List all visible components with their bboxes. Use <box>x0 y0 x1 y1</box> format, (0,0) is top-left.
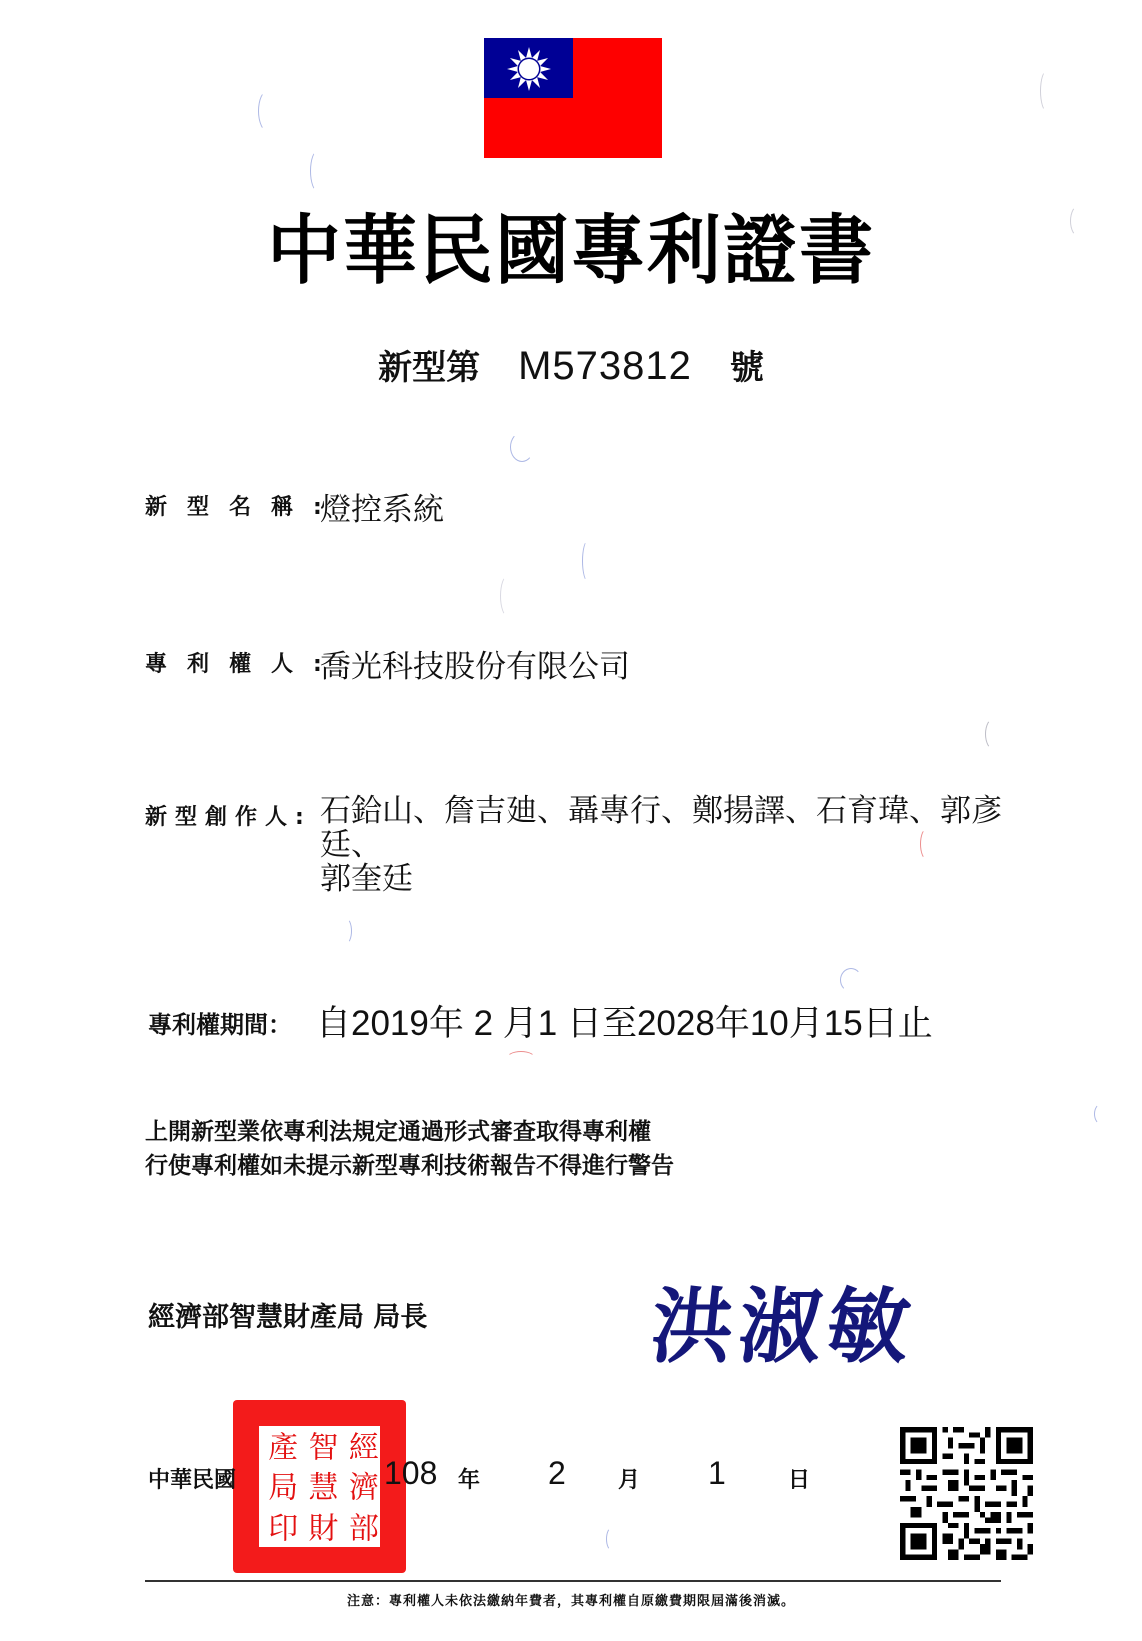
statement-line-2: 行使專利權如未提示新型專利技術報告不得進行警告 <box>145 1149 674 1183</box>
creator-list: 石鉿山、詹吉廸、聶專行、鄭揚譯、石育瑋、郭彥廷、 郭奎廷 <box>320 794 1020 896</box>
date-month: 2 <box>548 1455 566 1492</box>
statement-line-1: 上開新型業依專利法規定通過形式審查取得專利權 <box>145 1115 674 1149</box>
issuing-office: 經濟部智慧財產局 局長 <box>148 1295 427 1334</box>
creator-line-1: 石鉿山、詹吉廸、聶專行、鄭揚譯、石育瑋、郭彥廷、 <box>320 794 1020 862</box>
paper-fiber <box>1094 1103 1110 1125</box>
national-flag <box>484 38 662 158</box>
issue-date: 中華民國 108 年 2 月 1 日 <box>148 1463 236 1494</box>
date-year: 108 <box>384 1455 437 1492</box>
seal-char: 部 <box>340 1507 380 1547</box>
name-label: 新型名稱: <box>145 490 342 521</box>
date-day: 1 <box>708 1455 726 1492</box>
paper-fiber <box>506 1051 536 1067</box>
seal-char: 財 <box>299 1507 339 1547</box>
paper-fiber <box>510 432 534 462</box>
paper-fiber <box>840 968 862 992</box>
paper-fiber <box>500 575 516 617</box>
paper-fiber <box>606 1527 618 1551</box>
qr-code <box>900 1427 1033 1560</box>
seal-characters: 經 濟 部 智 慧 財 產 局 印 <box>259 1426 380 1547</box>
paper-fiber <box>258 90 278 132</box>
paper-fiber <box>985 718 1003 750</box>
seal-char: 局 <box>259 1466 299 1506</box>
paper-fiber <box>1040 70 1054 112</box>
patent-number: M573812 <box>518 344 692 388</box>
official-seal: 經 濟 部 智 慧 財 產 局 印 <box>233 1400 406 1573</box>
period-value: 自2019年 2 月1 日至2028年10月15日止 <box>316 996 933 1046</box>
seal-char: 慧 <box>299 1466 339 1506</box>
owner-value: 喬光科技股份有限公司 <box>320 641 630 686</box>
period-label: 專利權期間： <box>148 1005 292 1040</box>
legal-statement: 上開新型業依專利法規定通過形式審查取得專利權 行使專利權如未提示新型專利技術報告… <box>145 1115 674 1183</box>
seal-char: 濟 <box>340 1466 380 1506</box>
certificate-title: 中華民國專利證書 <box>0 191 1142 299</box>
white-sun-icon <box>506 46 552 92</box>
date-year-unit: 年 <box>458 1463 480 1494</box>
date-era: 中華民國 <box>148 1463 236 1494</box>
owner-label: 專利權人: <box>145 647 342 678</box>
paper-fiber <box>340 918 352 944</box>
date-day-unit: 日 <box>788 1463 810 1494</box>
patent-number-line: 新型第M573812號 <box>0 340 1142 389</box>
seal-char: 經 <box>340 1426 380 1466</box>
paper-fiber <box>310 150 326 192</box>
patent-type-prefix: 新型第 <box>378 348 480 388</box>
name-value: 燈控系統 <box>320 484 444 529</box>
seal-char: 產 <box>259 1426 299 1466</box>
seal-char: 智 <box>299 1426 339 1466</box>
footer-notice: 注意：專利權人未依法繳納年費者，其專利權自原繳費期限屆滿後消滅。 <box>0 1590 1142 1609</box>
paper-fiber <box>582 540 594 582</box>
seal-char: 印 <box>259 1507 299 1547</box>
patent-number-suffix: 號 <box>730 348 764 388</box>
date-month-unit: 月 <box>618 1463 640 1494</box>
director-signature: 洪淑敏 <box>646 1262 922 1379</box>
footer-divider <box>145 1580 1001 1582</box>
creator-line-2: 郭奎廷 <box>320 862 1020 896</box>
creator-label: 新型創作人: <box>145 800 312 831</box>
